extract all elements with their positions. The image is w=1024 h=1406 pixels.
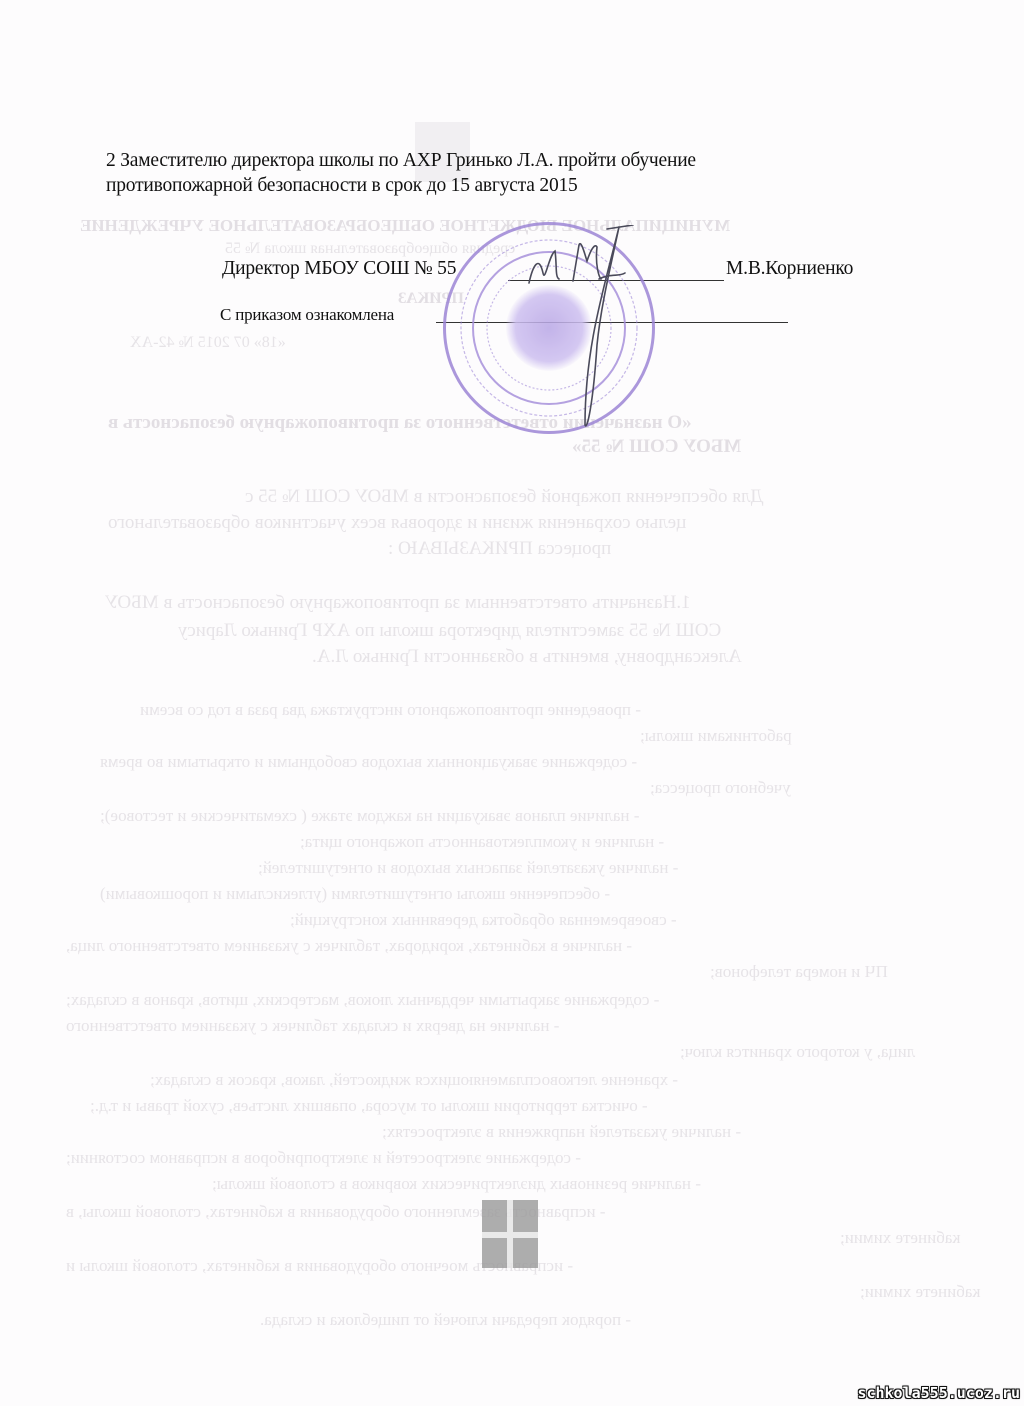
bleed-line: - очистка территории школы от мусора, оп… [90, 1096, 648, 1116]
bleed-line: - наличие планов эвакуации на каждом эта… [100, 806, 639, 826]
bleed-line: учебного процесса; [650, 778, 791, 798]
bleed-line: - наличие на дверях и складах табличек с… [66, 1016, 559, 1036]
bleed-line: - хранение легковоспламеняющихся жидкост… [150, 1070, 678, 1090]
director-name: М.В.Корниенко [726, 258, 853, 280]
bleed-line: процесса ПРИКАЗЫВАЮ : [388, 538, 611, 560]
bleed-line: - порядок передачи ключей от пищеблока и… [260, 1310, 631, 1330]
bleed-line: - наличие указателей напряжения в электр… [382, 1122, 741, 1142]
bleed-line: - наличие резиновых диэлектрических ковр… [212, 1174, 701, 1194]
bleed-line: - содержание закрытыми чердачных люков, … [66, 990, 659, 1010]
bleed-line: - наличие в кабинетах, коридорах, таблич… [66, 936, 632, 956]
site-watermark: schkola555.ucoz.ru [857, 1384, 1020, 1402]
coat-of-arms-emblem [482, 1200, 538, 1268]
bleed-line: кабинете химии; [860, 1282, 980, 1302]
order-item-2-line-1: 2 Заместителю директора школы по АХР Гри… [106, 150, 696, 172]
bleed-line: СОШ № 55 заместителя директора школы по … [178, 620, 721, 642]
director-label: Директор МБОУ СОШ № 55 [222, 258, 456, 280]
bleed-line: - обеспечение школы огнетушителями (угле… [100, 884, 610, 904]
bleed-line: работниками школы; [640, 726, 792, 746]
bleed-line: целью сохранения жизни и здоровья всех у… [108, 512, 686, 534]
bleed-line: - наличие и укомплектованность пожарного… [300, 832, 664, 852]
bleed-line: - наличие указателей запасных выходов и … [258, 858, 678, 878]
bleed-line: - содержание эвакуационных выходов свобо… [100, 752, 637, 772]
bleed-line: - своевременная обработка деревянных кон… [290, 910, 677, 930]
bleed-line: лица, у которого хранится ключ; [680, 1042, 915, 1062]
bleed-line: - содержание электросетей и электроприбо… [66, 1148, 581, 1168]
acknowledged-label: С приказом ознакомлена [220, 305, 394, 325]
bleed-line: - проведение противопожарного инструктаж… [140, 700, 641, 720]
bleed-line: Александровну, вменить в обязанности Гри… [312, 646, 742, 668]
bleed-line: «18» 07 2015 № 42-АХ [130, 334, 286, 352]
bleed-line: 1.Назначить ответственным за противопожа… [105, 592, 691, 614]
bleed-line: ПЧ и номера телефонов; [710, 962, 888, 982]
order-item-2-line-2: противопожарной безопасности в срок до 1… [106, 175, 578, 197]
scanned-document-page: МУНИЦИПАЛЬНОЕ БЮДЖЕТНОЕ ОБЩЕОБРАЗОВАТЕЛЬ… [0, 0, 1024, 1406]
handwritten-signature-icon [515, 225, 655, 455]
bleed-line: Для обеспечения пожарной безопасности в … [245, 486, 763, 508]
bleed-line: кабинете химии; [840, 1228, 960, 1248]
